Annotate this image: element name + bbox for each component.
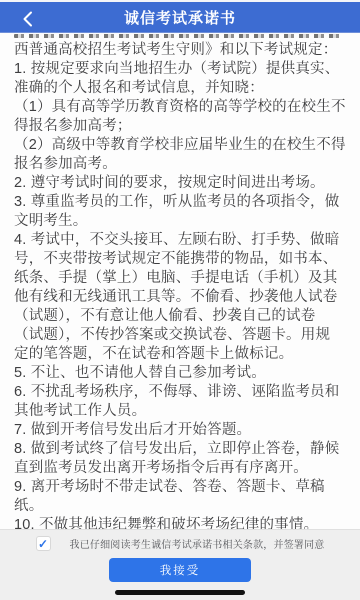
agreement-text-line: 7. 做到开考信号发出后才开始答题。 (14, 421, 347, 440)
exam-commitment-screen: 诚信考试承诺书 西普通高校招生考试考生守则》和以下考试规定： 1. 按规定要求向… (0, 0, 360, 600)
agreement-text-line: 1. 按规定要求向当地招生办（考试院）提供真实、 (14, 60, 347, 79)
agreement-text-line: 5. 不让、也不请他人替自己参加考试。 (14, 364, 347, 383)
agreement-text-line: 9. 离开考场时不带走试卷、答卷、答题卡、草稿 (14, 478, 347, 497)
agreement-text-line: 他有线和无线通讯工具等。不偷看、抄袭他人试卷 (14, 288, 347, 307)
footer: ✓ 我已仔细阅读考生诚信考试承诺书相关条款，并签署同意 我接受 (0, 529, 360, 600)
agreement-text-line: （试题），不传抄答案或交换试卷、答题卡。用规 (14, 326, 347, 345)
clipped-text-line (14, 34, 343, 38)
agreement-text-line: 纸条、手提（掌上）电脑、手提电话（手机）及其 (14, 269, 347, 288)
agreement-text-line: 4. 考试中，不交头接耳、左顾右盼、打手势、做暗 (14, 231, 347, 250)
agreement-text-line: （2）高级中等教育学校非应届毕业生的在校生不得 (14, 136, 347, 155)
agreement-text-line: 6. 不扰乱考场秩序，不侮辱、诽谤、诬陷监考员和 (14, 383, 347, 402)
agreement-text: 西普通高校招生考试考生守则》和以下考试规定： 1. 按规定要求向当地招生办（考试… (14, 41, 347, 529)
agree-checkbox-row[interactable]: ✓ 我已仔细阅读考生诚信考试承诺书相关条款，并签署同意 (0, 530, 360, 551)
agreement-text-line: （试题），不有意让他人偷看、抄袭自己的试卷 (14, 307, 347, 326)
agreement-text-line: 10. 不做其他违纪舞弊和破坏考场纪律的事情。 (14, 516, 347, 529)
agreement-text-line: 准确的个人报名和考试信息，并知晓： (14, 79, 347, 98)
agreement-text-line: 号，不夹带按考试规定不能携带的物品，如书本、 (14, 250, 347, 269)
agreement-text-line: 得报名参加高考； (14, 117, 347, 136)
chevron-left-icon (22, 11, 33, 27)
accept-button[interactable]: 我接受 (109, 558, 251, 582)
agreement-text-line: 文明考生。 (14, 212, 347, 231)
agree-label: 我已仔细阅读考生诚信考试承诺书相关条款，并签署同意 (70, 536, 325, 551)
home-indicator[interactable] (115, 590, 245, 595)
agreement-text-line: 报名参加高考。 (14, 155, 347, 174)
checkmark-icon: ✓ (38, 538, 48, 550)
agree-checkbox[interactable]: ✓ (36, 536, 51, 551)
agreement-text-line: 2. 遵守考试时间的要求，按规定时间进出考场。 (14, 174, 347, 193)
agreement-text-line: 其他考试工作人员。 (14, 402, 347, 421)
page-title: 诚信考试承诺书 (124, 7, 236, 28)
agreement-text-line: 定的笔答题，不在试卷和答题卡上做标记。 (14, 345, 347, 364)
agreement-text-line: 8. 做到考试终了信号发出后，立即停止答卷，静候 (14, 440, 347, 459)
agreement-scroll-area[interactable]: 西普通高校招生考试考生守则》和以下考试规定： 1. 按规定要求向当地招生办（考试… (0, 33, 360, 529)
agreement-text-line: 3. 尊重监考员的工作，听从监考员的各项指令，做 (14, 193, 347, 212)
agreement-text-line: （1）具有高等学历教育资格的高等学校的在校生不 (14, 98, 347, 117)
header: 诚信考试承诺书 (0, 0, 360, 33)
agreement-text-line: 纸。 (14, 497, 347, 516)
back-button[interactable] (10, 4, 44, 33)
agreement-text-line: 直到监考员发出离开考场指令后再有序离开。 (14, 459, 347, 478)
agreement-text-line: 西普通高校招生考试考生守则》和以下考试规定： (14, 41, 347, 60)
